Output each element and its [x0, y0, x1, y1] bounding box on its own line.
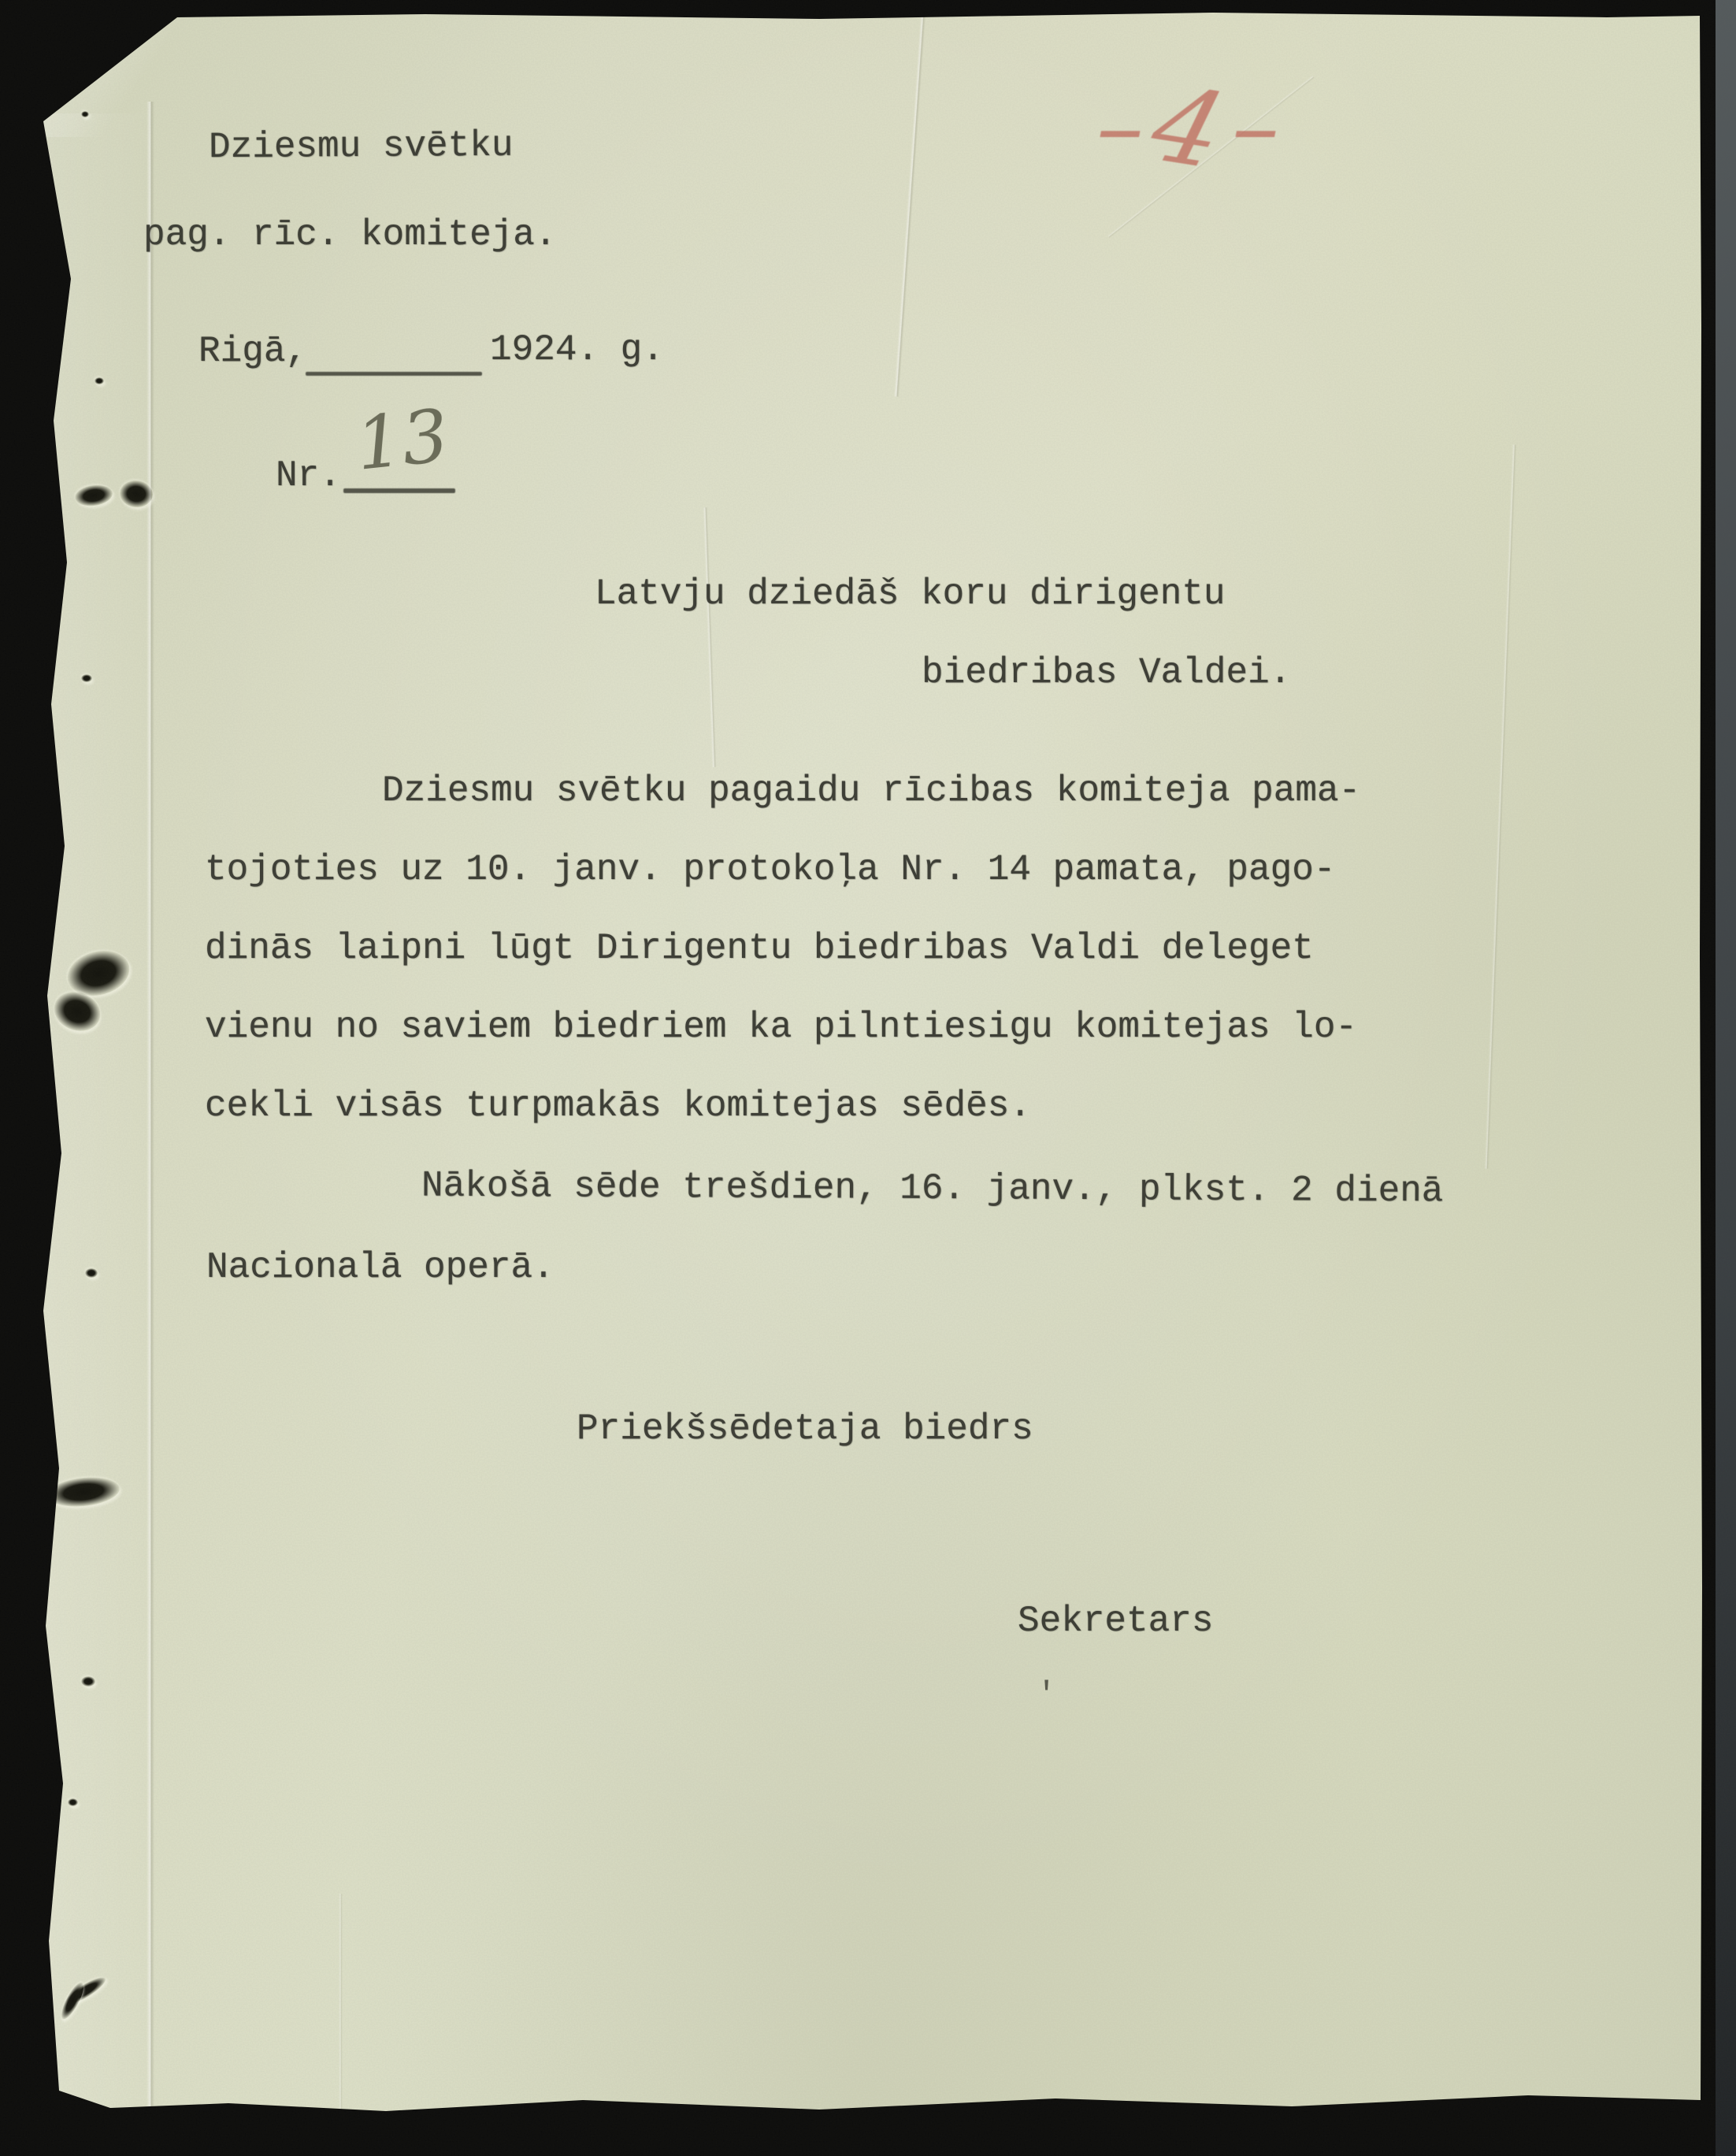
crease-mid-left [703, 507, 717, 767]
red-page-number: 4 [1139, 65, 1236, 193]
letterhead-line2: pag. rīc. komiteja. [143, 214, 557, 255]
document-number-underline [343, 488, 455, 493]
recipient-line1: Latvju dziedāš koru dirigentu [595, 573, 1226, 614]
red-dash-left: – [1096, 72, 1144, 182]
punch-hole [81, 111, 89, 117]
punch-hole [81, 674, 92, 682]
scanned-document-page: –4– Dziesmu svētku pag. rīc. komiteja. R… [0, 0, 1736, 2156]
body-p1-line2: tojoties uz 10. janv. protokoļa Nr. 14 p… [205, 849, 1335, 890]
paper-sheet [32, 11, 1704, 2122]
vertical-fold-crease [147, 102, 154, 2118]
body-p1-line5: cekli visās turpmakās komitejas sēdēs. [205, 1085, 1031, 1126]
page-number-annotation: –4– [1096, 68, 1279, 189]
book-spine-edge [1716, 0, 1736, 2156]
red-dash-right: – [1232, 72, 1279, 182]
stray-ink-mark: ' [1037, 1676, 1056, 1714]
dateline-city: Rigā, [198, 331, 307, 372]
body-p1-line4: vienu no saviem biedriem ka pilntiesigu … [205, 1007, 1357, 1048]
body-p1-line1: Dziesmu svētku pagaidu rīcibas komiteja … [382, 770, 1360, 811]
document-number-label: Nr. [276, 455, 341, 496]
punch-hole [85, 1268, 98, 1278]
signature-chairman-title: Priekšsēdetaja biedrs [577, 1408, 1033, 1449]
body-p2-line1: Nākošā sēde trešdien, 16. janv., plkst. … [421, 1166, 1444, 1212]
left-margin-fold-highlight [32, 113, 151, 2122]
handwritten-document-number: 13 [352, 393, 453, 487]
dateline-blank-underline [306, 372, 482, 376]
letterhead-line1: Dziesmu svētku [209, 125, 514, 168]
crease-top-center [894, 3, 927, 396]
punch-hole [81, 1676, 95, 1687]
punch-hole [68, 1798, 78, 1806]
crease-bottom [339, 1894, 343, 2122]
signature-secretary-title: Sekretars [1018, 1601, 1213, 1642]
body-p1-line3: dinās laipni lūgt Dirigentu biedribas Va… [205, 928, 1314, 969]
recipient-line2: biedribas Valdei. [922, 652, 1291, 693]
punch-hole [95, 377, 104, 384]
body-p2-line2: Nacionalā operā. [206, 1247, 555, 1288]
crease-right [1484, 444, 1516, 1169]
dateline-year: 1924. g. [490, 329, 664, 370]
